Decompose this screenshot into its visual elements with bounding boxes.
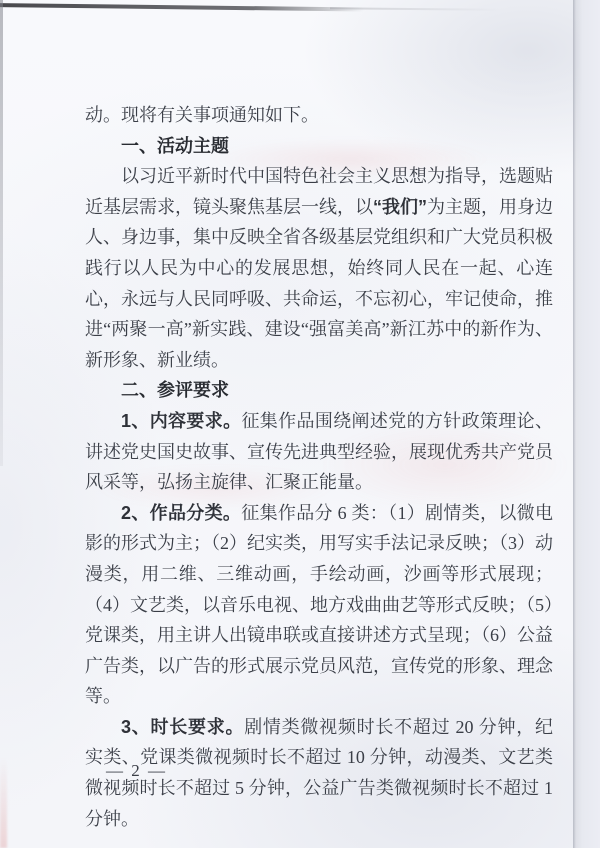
body-text: 一、活动主题	[121, 136, 229, 156]
scanned-page: 动。现将有关事项通知如下。一、活动主题以习近平新时代中国特色社会主义思想为指导，…	[0, 0, 600, 848]
page-number: — 2 —	[106, 761, 167, 781]
body-text: 为主题，用身边人、身边事，集中反映全省各级基层党组织和广大党员积极践行以人民为中…	[85, 197, 553, 370]
paragraph: 以习近平新时代中国特色社会主义思想为指导，选题贴近基层需求，镜头聚焦基层一线，以…	[85, 161, 553, 375]
emphasized-text: 2、作品分类。	[121, 503, 241, 523]
paragraph: 动。现将有关事项通知如下。	[85, 100, 553, 131]
section-heading: 二、参评要求	[85, 375, 553, 406]
section-heading: 一、活动主题	[85, 131, 553, 162]
paragraph: 1、内容要求。征集作品围绕阐述党的方针政策理论、讲述党史国史故事、宣传先进典型经…	[85, 406, 553, 498]
body-text: 征集作品分 6 类：（1）剧情类，以微电影的形式为主；（2）纪实类，用写实手法记…	[85, 503, 553, 707]
scan-artifact-left-edge	[0, 0, 3, 466]
body-text: 二、参评要求	[121, 380, 229, 400]
paragraph: 2、作品分类。征集作品分 6 类：（1）剧情类，以微电影的形式为主；（2）纪实类…	[85, 498, 553, 712]
emphasized-text: 1、内容要求。	[121, 411, 241, 431]
emphasized-text: “我们”	[373, 197, 427, 217]
body-text: 动。现将有关事项通知如下。	[85, 105, 319, 125]
emphasized-text: 3、时长要求。	[121, 717, 244, 737]
scan-artifact-right-edge	[573, 0, 600, 848]
document-body: 动。现将有关事项通知如下。一、活动主题以习近平新时代中国特色社会主义思想为指导，…	[85, 100, 553, 834]
scan-artifact-top-edge	[0, 3, 364, 12]
scan-artifact-left-pink	[0, 758, 7, 848]
